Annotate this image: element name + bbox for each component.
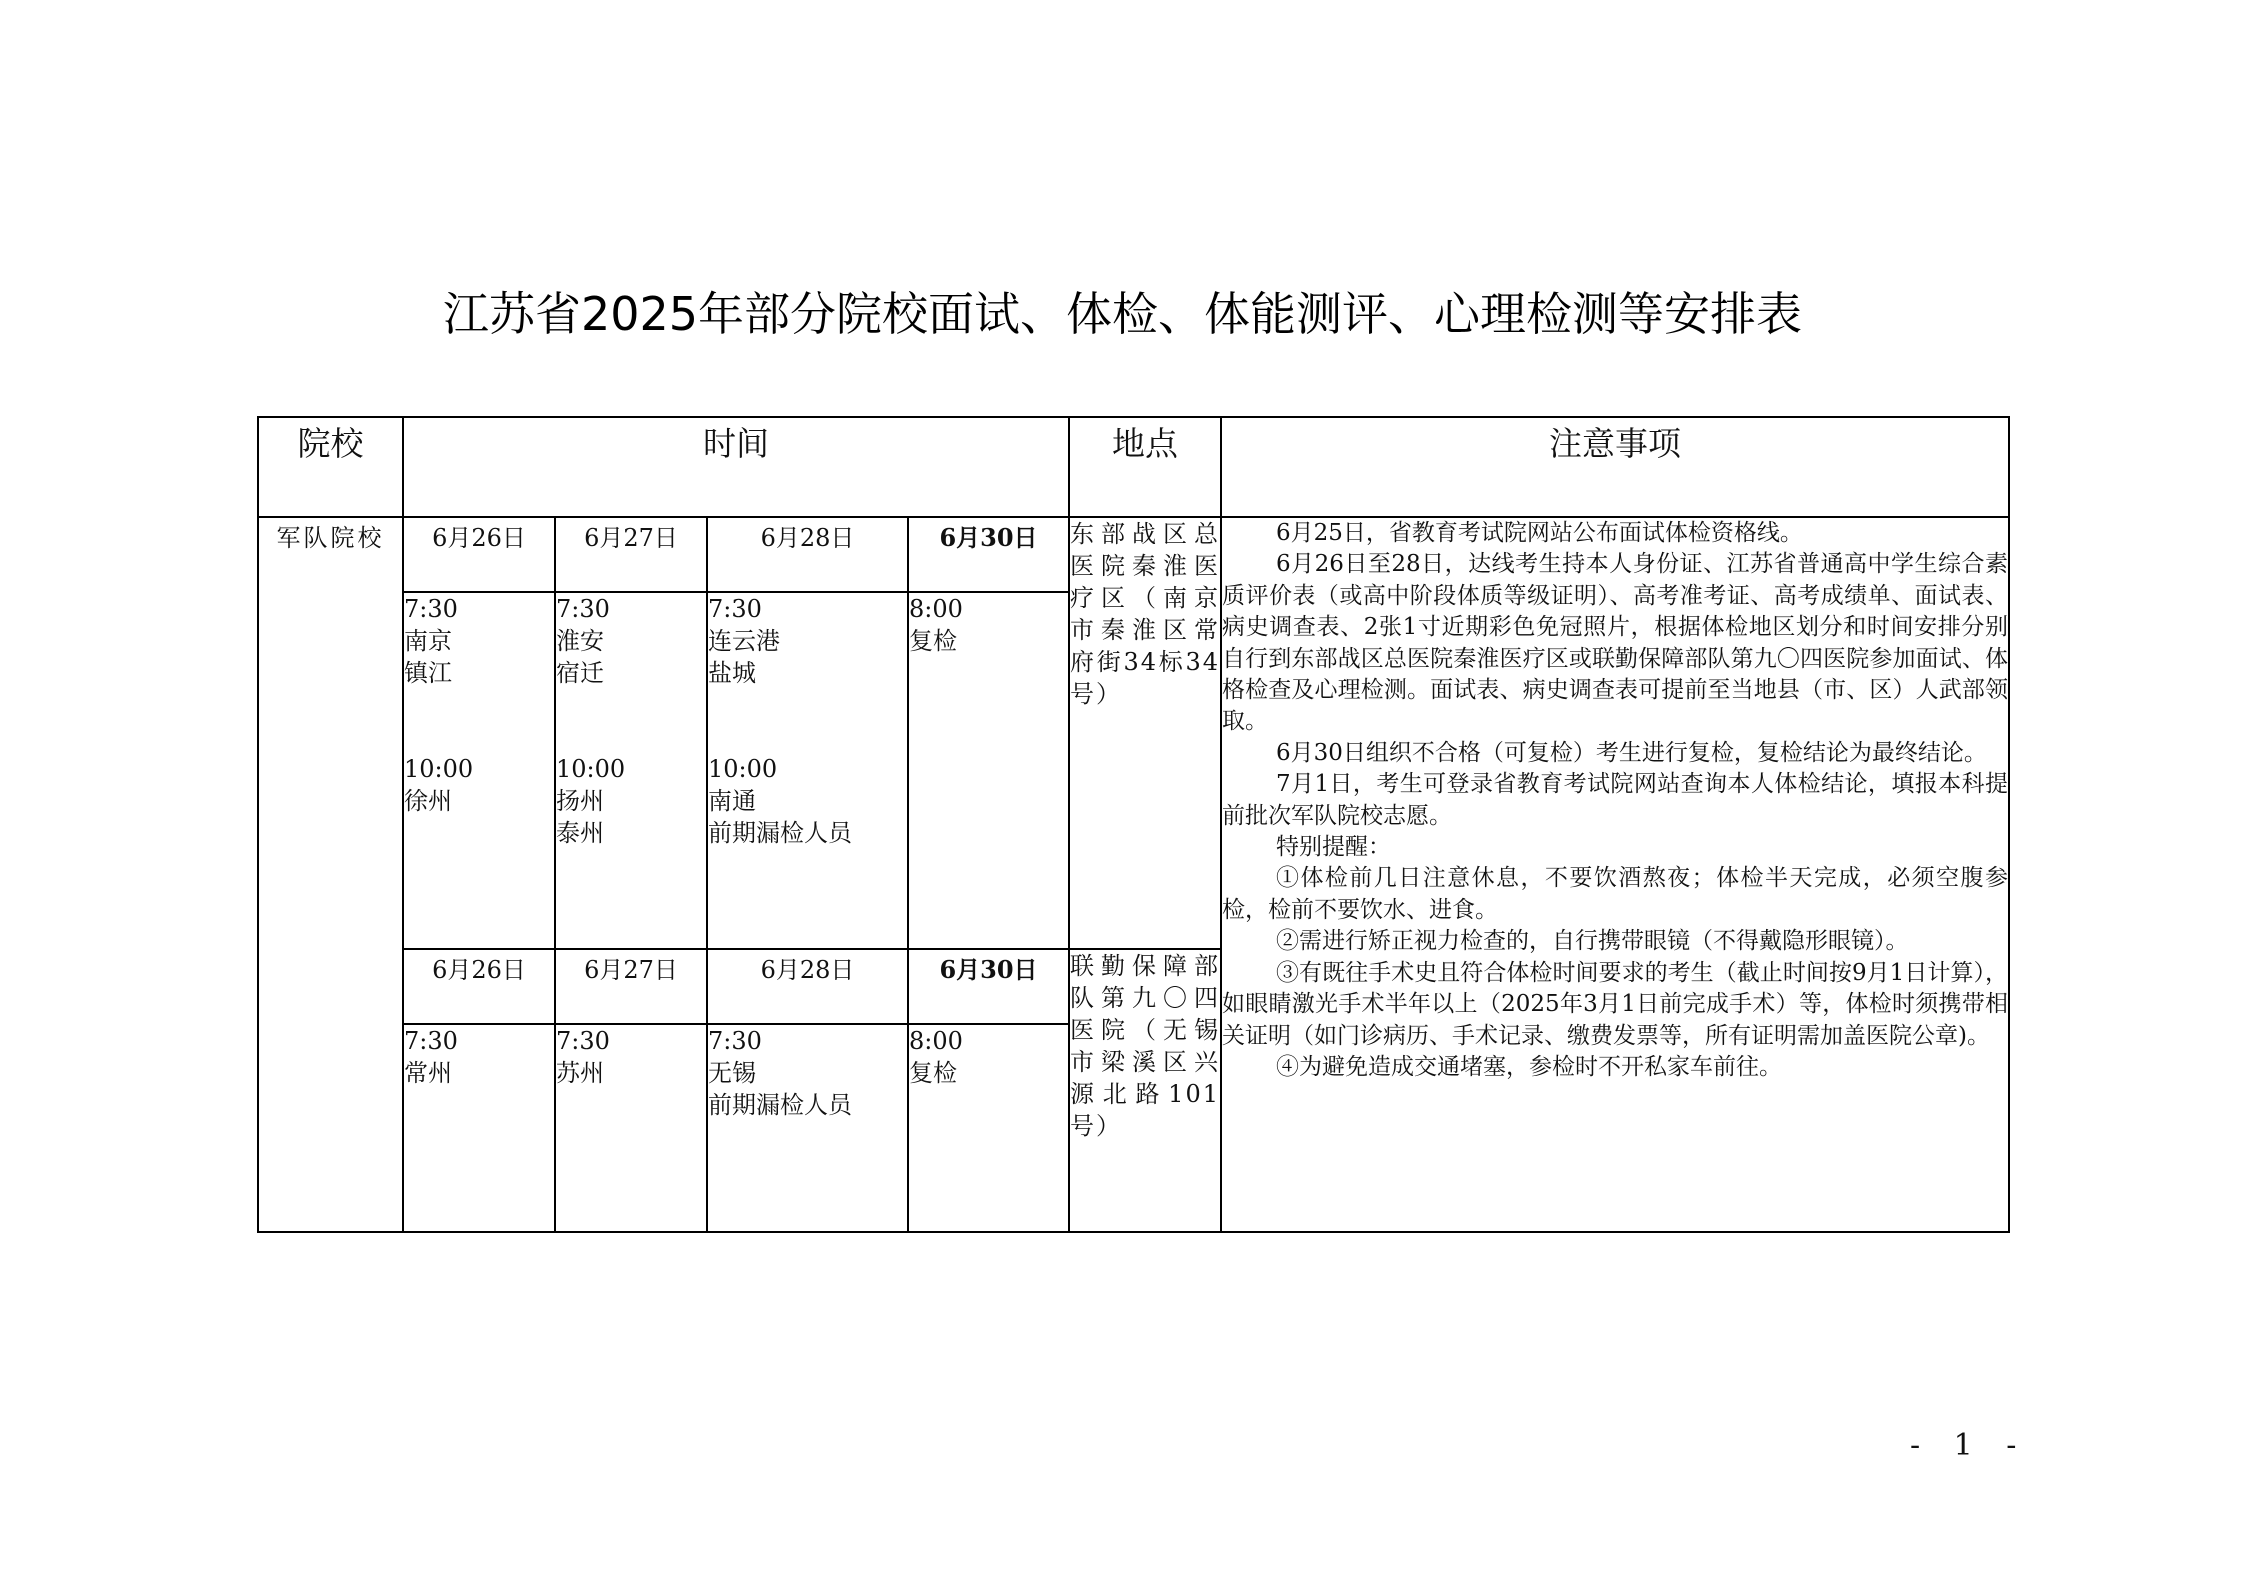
session-cell: 7:30 南京 镇江 10:00 徐州 <box>403 592 555 949</box>
session-place: 南京 <box>404 625 554 657</box>
date-cell-recheck: 6月30日 <box>908 949 1069 1024</box>
document-title: 江苏省2025年部分院校面试、体检、体能测评、心理检测等安排表 <box>0 278 2245 344</box>
header-row: 院校 时间 地点 注意事项 <box>258 417 2009 517</box>
date-cell: 6月28日 <box>707 517 908 592</box>
session-place: 前期漏检人员 <box>708 817 907 849</box>
session-time: 7:30 <box>404 1025 554 1057</box>
date-row-1: 军队院校 6月26日 6月27日 6月28日 6月30日 东部战区总医院秦淮医疗… <box>258 517 2009 592</box>
session-place: 连云港 <box>708 625 907 657</box>
session-place: 泰州 <box>556 817 706 849</box>
page-number: - 1 - <box>1910 1428 2028 1463</box>
date-cell: 6月27日 <box>555 949 707 1024</box>
session-time: 7:30 <box>708 593 907 625</box>
note-paragraph: 6月30日组织不合格（可复检）考生进行复检，复检结论为最终结论。 <box>1222 738 2008 769</box>
location-cell-2: 联勤保障部队第九〇四医院（无锡市梁溪区兴源北路101号） <box>1069 949 1221 1232</box>
schedule-table: 院校 时间 地点 注意事项 军队院校 6月26日 6月27日 6月28日 6月3… <box>257 416 2010 1233</box>
note-paragraph: 6月25日，省教育考试院网站公布面试体检资格线。 <box>1222 518 2008 549</box>
session-time: 10:00 <box>556 753 706 785</box>
session-place: 盐城 <box>708 657 907 689</box>
date-cell: 6月26日 <box>403 949 555 1024</box>
session-place: 复检 <box>909 1057 1068 1089</box>
header-time: 时间 <box>403 417 1069 517</box>
session-time: 10:00 <box>404 753 554 785</box>
session-cell: 7:30 常州 <box>403 1024 555 1232</box>
header-location: 地点 <box>1069 417 1221 517</box>
session-place: 前期漏检人员 <box>708 1089 907 1121</box>
date-cell-recheck: 6月30日 <box>908 517 1069 592</box>
session-time: 7:30 <box>708 1025 907 1057</box>
session-place: 苏州 <box>556 1057 706 1089</box>
date-cell: 6月26日 <box>403 517 555 592</box>
session-cell: 8:00 复检 <box>908 592 1069 949</box>
note-paragraph: 7月1日，考生可登录省教育考试院网站查询本人体检结论，填报本科提前批次军队院校志… <box>1222 769 2008 832</box>
session-time: 10:00 <box>708 753 907 785</box>
notes-cell: 6月25日，省教育考试院网站公布面试体检资格线。 6月26日至28日，达线考生持… <box>1221 517 2009 1232</box>
session-time: 7:30 <box>404 593 554 625</box>
session-cell: 7:30 连云港 盐城 10:00 南通 前期漏检人员 <box>707 592 908 949</box>
session-cell: 7:30 无锡 前期漏检人员 <box>707 1024 908 1232</box>
note-item: ③有既往手术史且符合体检时间要求的考生（截止时间按9月1日计算），如眼睛激光手术… <box>1222 958 2008 1052</box>
session-place: 无锡 <box>708 1057 907 1089</box>
session-place: 常州 <box>404 1057 554 1089</box>
session-place: 宿迁 <box>556 657 706 689</box>
session-place: 复检 <box>909 625 1068 657</box>
note-item: ①体检前几日注意休息，不要饮酒熬夜；体检半天完成，必须空腹参检，检前不要饮水、进… <box>1222 863 2008 926</box>
session-cell: 7:30 淮安 宿迁 10:00 扬州 泰州 <box>555 592 707 949</box>
header-school: 院校 <box>258 417 403 517</box>
location-cell-1: 东部战区总医院秦淮医疗区（南京市秦淮区常府街34标34号） <box>1069 517 1221 949</box>
session-place: 南通 <box>708 785 907 817</box>
header-notes: 注意事项 <box>1221 417 2009 517</box>
note-paragraph: 6月26日至28日，达线考生持本人身份证、江苏省普通高中学生综合素质评价表（或高… <box>1222 549 2008 737</box>
school-cell: 军队院校 <box>258 517 403 1232</box>
note-heading: 特别提醒： <box>1222 832 2008 863</box>
session-time: 8:00 <box>909 1025 1068 1057</box>
session-place: 镇江 <box>404 657 554 689</box>
session-place: 淮安 <box>556 625 706 657</box>
session-place: 徐州 <box>404 785 554 817</box>
session-cell: 7:30 苏州 <box>555 1024 707 1232</box>
note-item: ②需进行矫正视力检查的，自行携带眼镜（不得戴隐形眼镜）。 <box>1222 926 2008 957</box>
session-place: 扬州 <box>556 785 706 817</box>
session-time: 7:30 <box>556 593 706 625</box>
note-item: ④为避免造成交通堵塞，参检时不开私家车前往。 <box>1222 1052 2008 1083</box>
session-time: 7:30 <box>556 1025 706 1057</box>
date-cell: 6月28日 <box>707 949 908 1024</box>
session-cell: 8:00 复检 <box>908 1024 1069 1232</box>
session-time: 8:00 <box>909 593 1068 625</box>
date-cell: 6月27日 <box>555 517 707 592</box>
